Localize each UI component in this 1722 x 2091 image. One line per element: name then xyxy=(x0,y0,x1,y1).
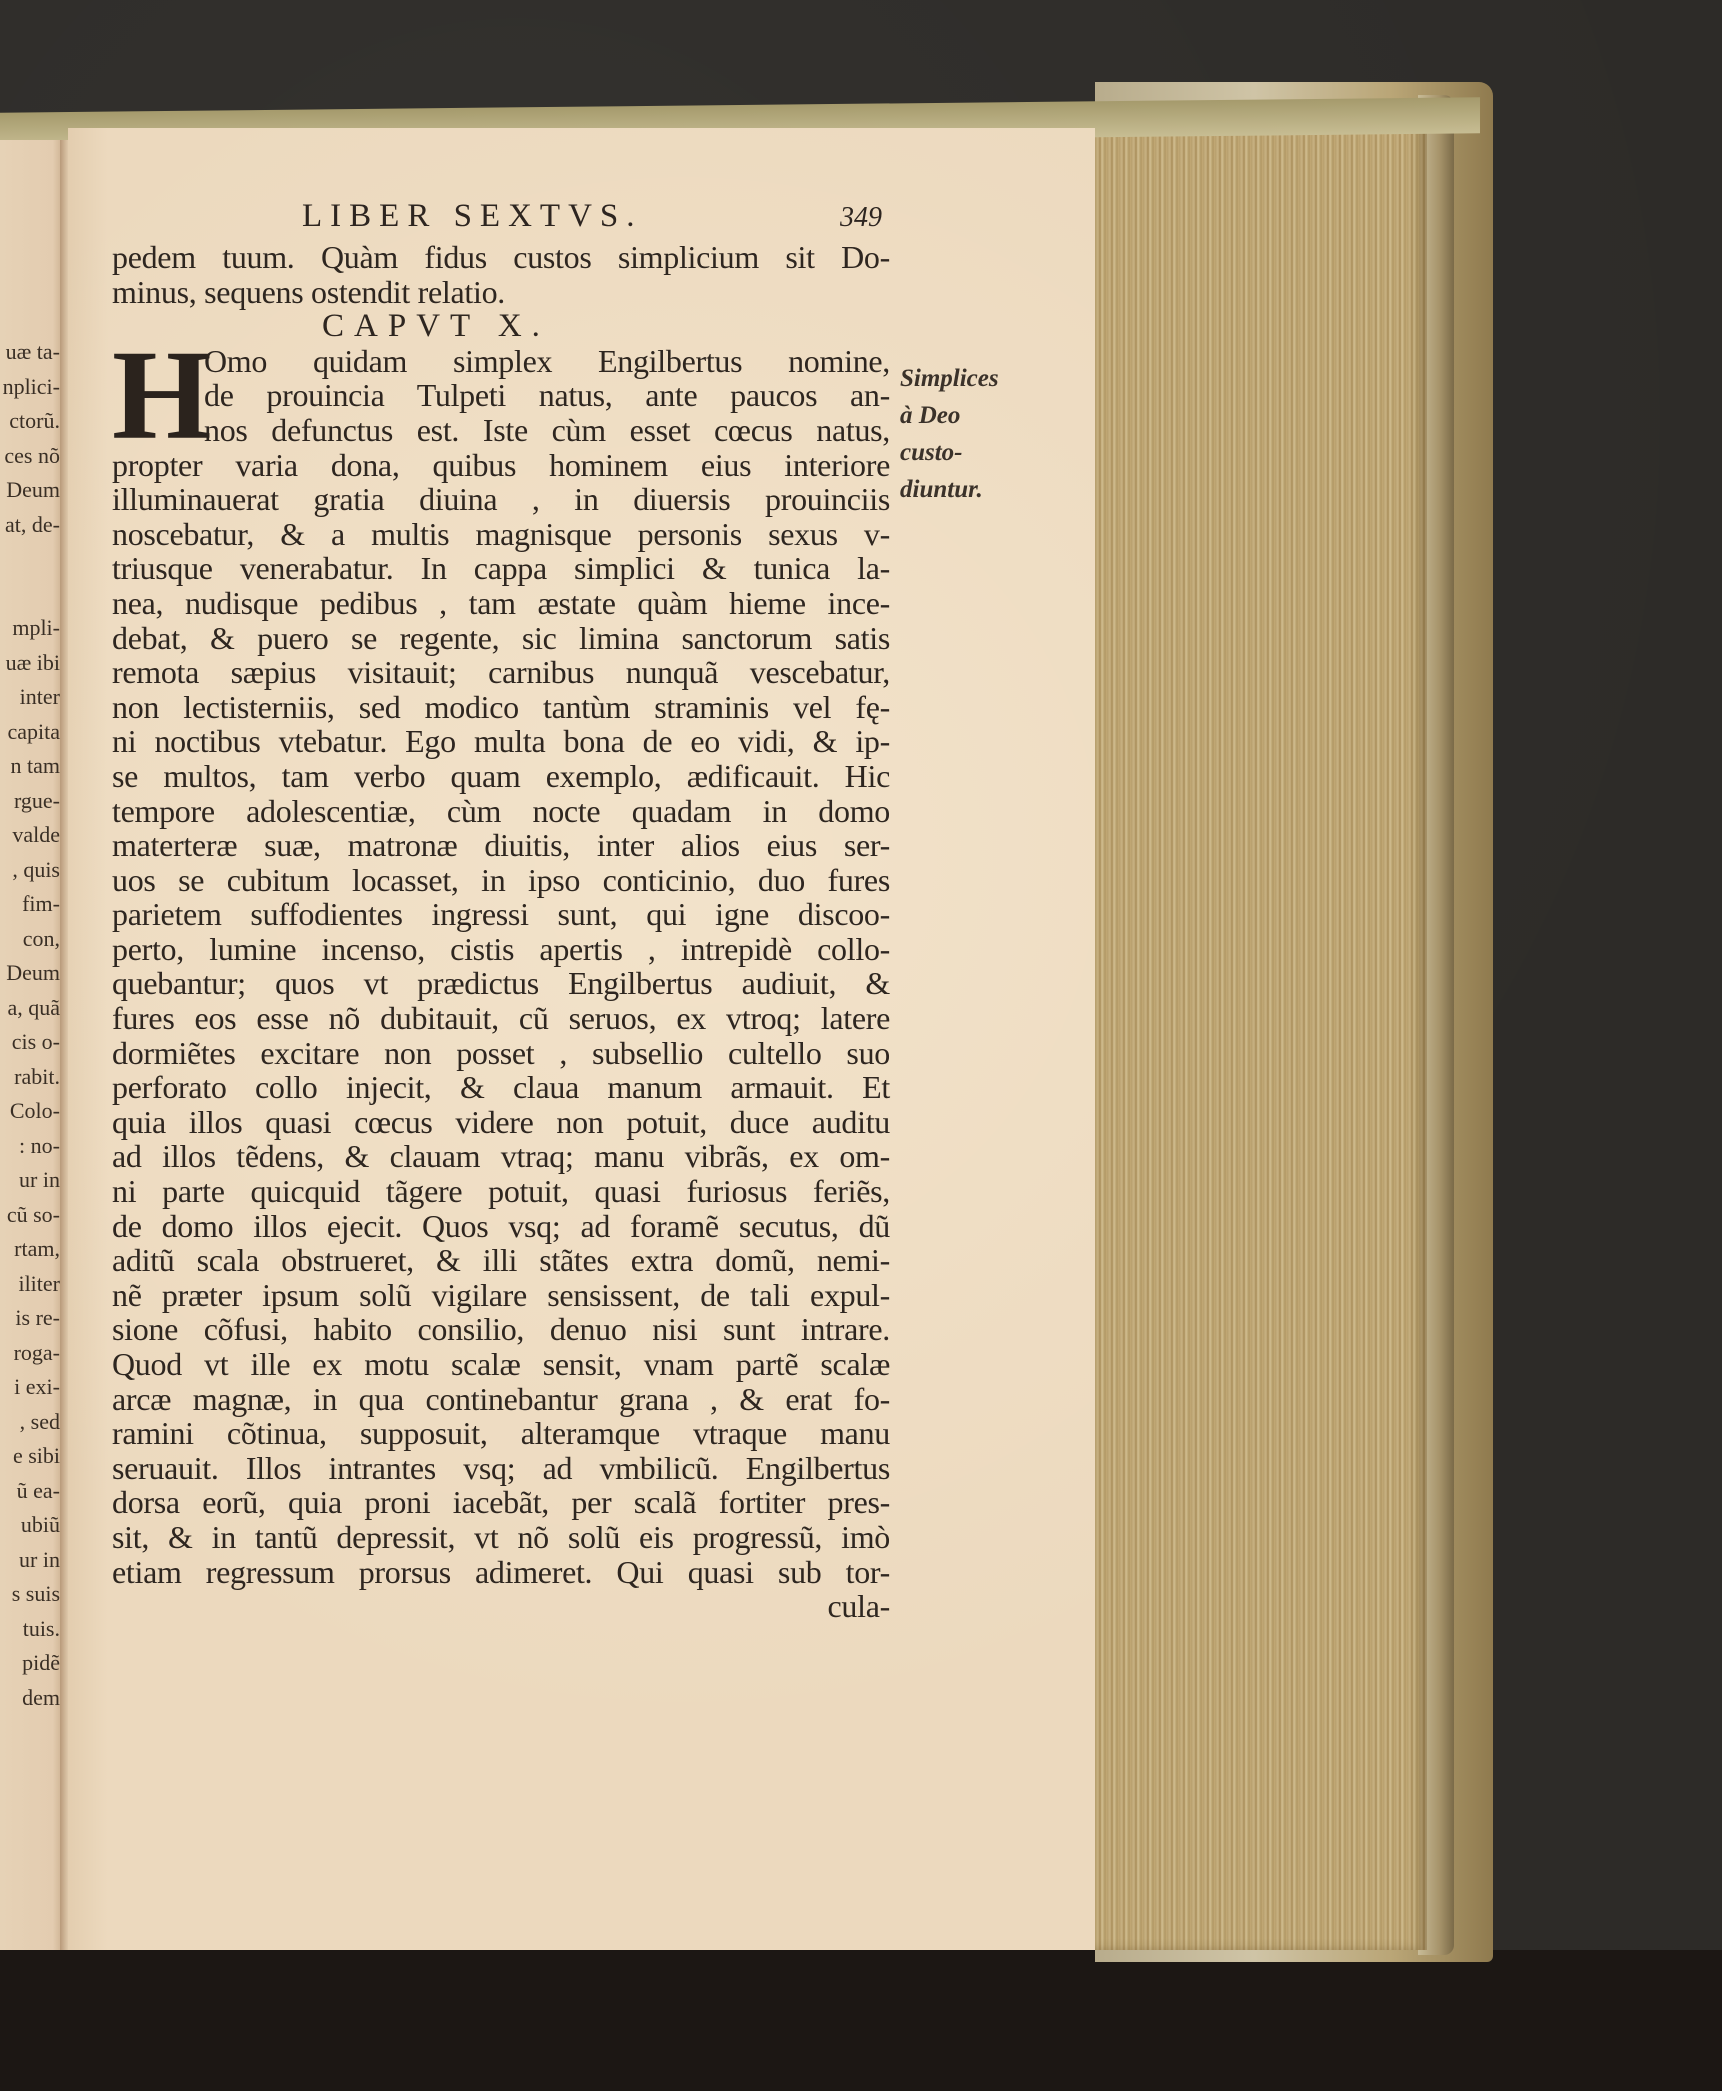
facing-page-line: , quis xyxy=(3,853,60,888)
facing-page-line: mpli- xyxy=(3,611,60,646)
facing-page-line: Deum xyxy=(3,956,60,991)
text-line: de prouincia Tulpeti natus, ante paucos … xyxy=(112,378,890,413)
margin-note: Simplices à Deo custo- diuntur. xyxy=(900,360,1050,508)
text-line: seruauit. Illos intrantes vsq; ad vmbili… xyxy=(112,1451,890,1486)
text-line: noscebatur, & a multis magnisque personi… xyxy=(112,517,890,552)
text-line: nos defunctus est. Iste cùm esset cœcus … xyxy=(112,413,890,448)
text-line: sit, & in tantũ depressit, vt nõ solũ ei… xyxy=(112,1520,890,1555)
text-line: aditũ scala obstrueret, & illi stãtes ex… xyxy=(112,1243,890,1278)
facing-page-line: Deum xyxy=(3,473,60,508)
facing-page-line: ctorũ. xyxy=(3,404,60,439)
text-line: fures eos esse nõ dubitauit, cũ seruos, … xyxy=(112,1001,890,1036)
page-number: 349 xyxy=(840,202,882,234)
facing-page-line: valde xyxy=(3,818,60,853)
facing-page-line: is re- xyxy=(3,1301,60,1336)
running-title: LIBER SEXTVS. xyxy=(302,198,643,235)
facing-page-line: ũ ea- xyxy=(3,1474,60,1509)
text-line: etiam regressum prorsus adimeret. Qui qu… xyxy=(112,1555,890,1590)
facing-page-line: uæ ta- xyxy=(3,335,60,370)
facing-page-line: : no- xyxy=(3,1129,60,1164)
facing-page-line: rtam, xyxy=(3,1232,60,1267)
text-line: illuminauerat gratia diuina , in diuersi… xyxy=(112,482,890,517)
facing-page-line: capita xyxy=(3,715,60,750)
text-line: minus, sequens ostendit relatio. xyxy=(112,275,890,310)
facing-page-line: pidẽ xyxy=(3,1646,60,1681)
facing-page-line: ur in xyxy=(3,1163,60,1198)
text-line: dormiẽtes excitare non posset , subselli… xyxy=(112,1036,890,1071)
text-line: perforato collo injecit, & claua manum a… xyxy=(112,1070,890,1105)
facing-page-line: con, xyxy=(3,922,60,957)
facing-page-line: a, quã xyxy=(3,991,60,1026)
text-line: pedem tuum. Quàm fidus custos simplicium… xyxy=(112,240,890,275)
text-line: ni noctibus vtebatur. Ego multa bona de … xyxy=(112,724,890,759)
facing-page-line: ur in xyxy=(3,1543,60,1578)
text-line: Omo quidam simplex Engilbertus nomine, xyxy=(112,344,890,379)
facing-page-line: i exi- xyxy=(3,1370,60,1405)
facing-page-line: , sed xyxy=(3,1405,60,1440)
text-line: ramini cõtinua, supposuit, alteramque vt… xyxy=(112,1416,890,1451)
catchword: cula- xyxy=(112,1589,890,1624)
text-line: ni parte quicquid tãgere potuit, quasi f… xyxy=(112,1174,890,1209)
text-line: non lectisterniis, sed modico tantùm str… xyxy=(112,690,890,725)
facing-page-line: fim- xyxy=(3,887,60,922)
facing-page-line: cũ so- xyxy=(3,1198,60,1233)
table-shadow xyxy=(0,1950,1722,2091)
facing-page-line: rgue- xyxy=(3,784,60,819)
dropcap-paragraph: H Omo quidam simplex Engilbertus nomine,… xyxy=(112,344,890,448)
facing-page-line: ces nõ xyxy=(3,439,60,474)
text-line: sione cõfusi, habito consilio, denuo nis… xyxy=(112,1312,890,1347)
running-head: LIBER SEXTVS. 349 xyxy=(302,198,882,235)
facing-page-line: Colo- xyxy=(3,1094,60,1129)
page-fore-edge-stack xyxy=(1093,115,1427,1950)
facing-page-line: nplici- xyxy=(3,370,60,405)
facing-page-line: rabit. xyxy=(3,1060,60,1095)
facing-page-line xyxy=(3,577,60,612)
facing-page-line: s suis xyxy=(3,1577,60,1612)
facing-page-line: inter xyxy=(3,680,60,715)
facing-page-line: dem xyxy=(3,1681,60,1716)
facing-page-line: iliter xyxy=(3,1267,60,1302)
text-line: uos se cubitum locasset, in ipso contici… xyxy=(112,863,890,898)
margin-note-line: à Deo xyxy=(900,397,1050,434)
body-lines: propter varia dona, quibus hominem eius … xyxy=(112,448,890,1590)
text-line: ad illos tẽdens, & clauam vtraq; manu vi… xyxy=(112,1139,890,1174)
text-line: Quod vt ille ex motu scalæ sensit, vnam … xyxy=(112,1347,890,1382)
margin-note-line: diuntur. xyxy=(900,471,1050,508)
text-line: perto, lumine incenso, cistis apertis , … xyxy=(112,932,890,967)
text-line: nẽ præter ipsum solũ vigilare sensissent… xyxy=(112,1278,890,1313)
text-line: dorsa eorũ, quia proni iacebãt, per scal… xyxy=(112,1485,890,1520)
facing-page-line: cis o- xyxy=(3,1025,60,1060)
text-line: remota sæpius visitauit; carnibus nunquã… xyxy=(112,655,890,690)
text-line: triusque venerabatur. In cappa simplici … xyxy=(112,551,890,586)
margin-note-line: Simplices xyxy=(900,360,1050,397)
text-line: de domo illos ejecit. Quos vsq; ad foram… xyxy=(112,1209,890,1244)
chapter-heading: CAPVT X. xyxy=(112,309,890,344)
facing-page-line: e sibi xyxy=(3,1439,60,1474)
text-line: se multos, tam verbo quam exemplo, ædifi… xyxy=(112,759,890,794)
text-line: parietem suffodientes ingressi sunt, qui… xyxy=(112,897,890,932)
facing-page-line: ubiũ xyxy=(3,1508,60,1543)
text-line: materteræ suæ, matronæ diuitis, inter al… xyxy=(112,828,890,863)
facing-page-line: n tam xyxy=(3,749,60,784)
facing-page-line: roga- xyxy=(3,1336,60,1371)
text-line: nea, nudisque pedibus , tam æstate quàm … xyxy=(112,586,890,621)
text-line: quebantur; quos vt prædictus Engilbertus… xyxy=(112,966,890,1001)
facing-page-line xyxy=(3,542,60,577)
facing-page-line: tuis. xyxy=(3,1612,60,1647)
drop-cap: H xyxy=(112,340,212,450)
facing-page-line: uæ ibi xyxy=(3,646,60,681)
text-line: tempore adolescentiæ, cùm nocte quadam i… xyxy=(112,794,890,829)
text-line: arcæ magnæ, in qua continebantur grana ,… xyxy=(112,1382,890,1417)
facing-page-fragment: uæ ta-nplici-ctorũ.ces nõDeumat, de-mpli… xyxy=(0,140,62,1950)
facing-page-line: at, de- xyxy=(3,508,60,543)
text-line: quia illos quasi cœcus videre non potuit… xyxy=(112,1105,890,1140)
text-block: pedem tuum. Quàm fidus custos simplicium… xyxy=(112,240,890,1624)
text-line: debat, & puero se regente, sic limina sa… xyxy=(112,621,890,656)
facing-page-text: uæ ta-nplici-ctorũ.ces nõDeumat, de-mpli… xyxy=(3,335,60,1715)
margin-note-line: custo- xyxy=(900,434,1050,471)
text-line: propter varia dona, quibus hominem eius … xyxy=(112,448,890,483)
